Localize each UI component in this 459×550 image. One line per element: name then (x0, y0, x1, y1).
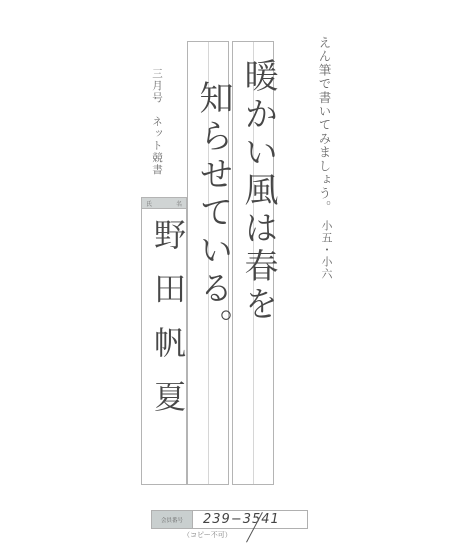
grade-level: 小五・小六 (318, 220, 334, 280)
handwritten-name: 野田帆夏 (145, 218, 191, 434)
issue-label: 三月号 ネット競書 (150, 68, 165, 176)
member-number-value: 239−3541 (193, 511, 307, 528)
practice-sheet: えん筆で書いてみましょう。 小五・小六 三月号 ネット競書 暖かい風は春を 知ら… (0, 0, 459, 550)
name-label-right: 名 (176, 199, 182, 208)
handwritten-line-2: 知らせている。 (189, 80, 238, 346)
copy-prohibited-note: （コピー不可） (183, 530, 232, 540)
instruction-text: えん筆で書いてみましょう。 (315, 36, 333, 214)
member-number-label: 会員番号 (152, 511, 193, 528)
name-label: 氏 名 (142, 198, 186, 209)
member-number-box: 会員番号 239−3541 (151, 510, 308, 529)
handwritten-line-1: 暖かい風は春を (234, 58, 283, 324)
name-label-left: 氏 (146, 199, 152, 208)
